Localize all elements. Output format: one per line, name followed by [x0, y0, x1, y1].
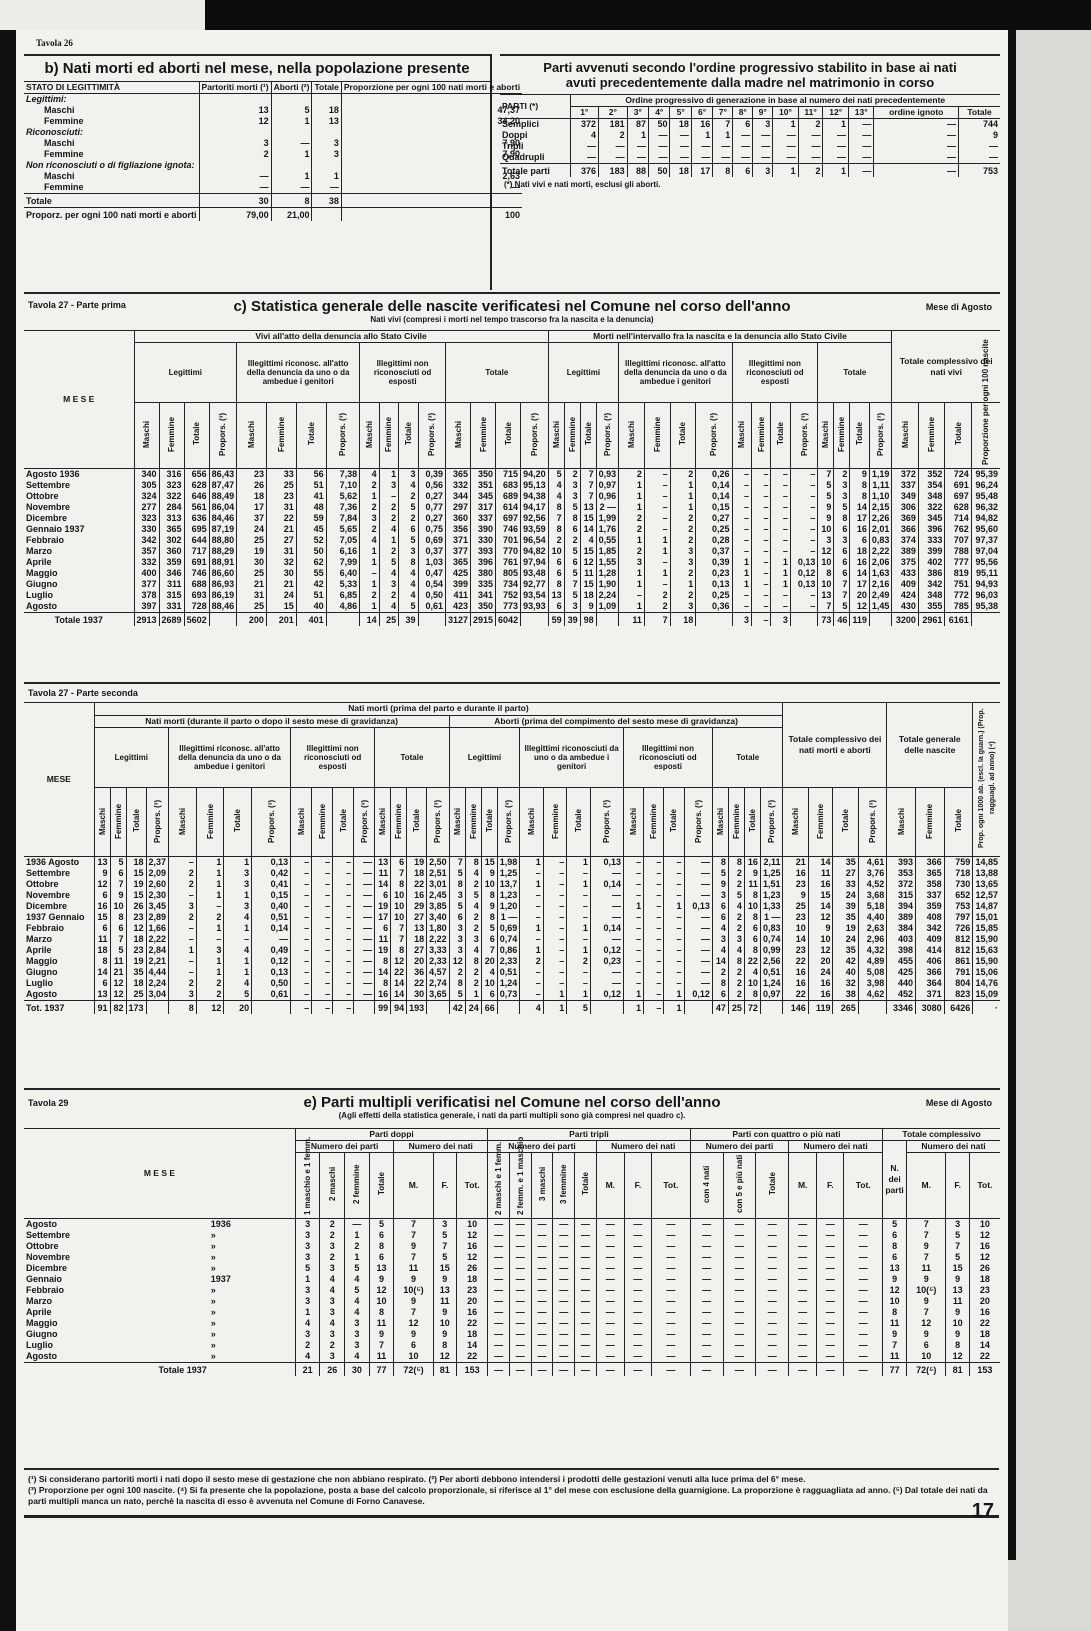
table-row: Ottobre32432264688,491823415,621–20,2734… [24, 491, 1000, 502]
cell: 8 [744, 912, 760, 923]
cell: 13 [369, 1263, 394, 1274]
col-header: 3 femmine [553, 1153, 575, 1219]
cell: 2 [169, 912, 197, 923]
col-header: Maschi [892, 403, 918, 469]
table-row: Agosto39733172888,462515404,861450,61423… [24, 601, 1000, 613]
col-header: Maschi [360, 403, 379, 469]
cell: 0,14 [696, 491, 732, 502]
cell: 3 [564, 601, 580, 613]
cell [590, 1001, 623, 1015]
year-label: » [209, 1296, 296, 1307]
cell: 18 [126, 978, 146, 989]
cell: 5 [834, 502, 850, 513]
cell: 12 [369, 1285, 394, 1296]
cell: 9 [808, 923, 833, 934]
cell: 1 [520, 879, 544, 890]
cell [596, 613, 619, 627]
col-header: Totale [399, 403, 418, 469]
cell: 4 [295, 1351, 320, 1363]
parti-col-header: 4° [649, 107, 670, 119]
col-header-label: Maschi [551, 403, 562, 465]
col-header: 2 maschi [320, 1153, 345, 1219]
cell: 6 [394, 1340, 433, 1351]
cell: 0,13 [684, 901, 712, 912]
mese-header: M E S E [24, 331, 134, 469]
cell: — [823, 141, 848, 152]
cell: 22 [457, 1318, 488, 1329]
cell: 0,56 [418, 480, 445, 491]
cell: 0,13 [790, 557, 817, 568]
cell: – [520, 890, 544, 901]
cell: – [543, 978, 567, 989]
cell: – [624, 978, 644, 989]
cell: 94,17 [521, 502, 549, 513]
cell: 3,33 [427, 945, 450, 956]
col-header: M. [789, 1153, 817, 1219]
cell: 29 [407, 901, 427, 912]
cell: 11 [808, 868, 833, 879]
cell [341, 94, 522, 106]
cell: 8 [850, 480, 870, 491]
col-header: Femmine [471, 403, 496, 469]
table-e-title: e) Parti multipli verificatisi nel Comun… [24, 1090, 1000, 1111]
col-header: Totale [944, 788, 973, 857]
col-header-label: Propors. (³) [503, 790, 514, 852]
cell: 6 [564, 557, 580, 568]
cell: 2,33 [497, 956, 520, 967]
cell: 9 [369, 1329, 394, 1340]
cell: — [684, 857, 712, 869]
cell: 15 [266, 601, 296, 613]
row-label: Maschi [24, 138, 199, 149]
cell: 8 [465, 857, 481, 869]
col-header-label: Maschi [452, 790, 463, 852]
cell: 1 — [760, 912, 783, 923]
cell: 302 [159, 535, 184, 546]
cell: 752 [496, 590, 521, 601]
cell: 1 [627, 130, 648, 141]
cell: 13,65 [973, 879, 1000, 890]
cell: 51 [296, 480, 326, 491]
cell: 1 [196, 868, 224, 879]
cell: — [670, 152, 691, 164]
table-row: Agosto 193634031665686,432333567,384130,… [24, 469, 1000, 481]
col-header-label: 2 maschi e 1 femm. [493, 1153, 504, 1215]
cell: 10 [808, 934, 833, 945]
cell: 21 [783, 857, 808, 869]
col-header-label: Maschi [377, 790, 388, 852]
cell: 15,06 [973, 967, 1000, 978]
cell: 9 [744, 868, 760, 879]
cell: 4 [580, 535, 596, 546]
cell: – [732, 601, 751, 613]
cell: — [817, 1230, 844, 1241]
cell: 42 [833, 956, 858, 967]
group-header: Parti doppi [295, 1129, 487, 1141]
cell: 2,37 [146, 857, 169, 869]
cell: 10 [369, 1296, 394, 1307]
cell: — [531, 1219, 553, 1231]
cell: 770 [496, 546, 521, 557]
cell [858, 1001, 887, 1015]
cell: 1 [619, 480, 645, 491]
table-row: Marzo35736071788,291931506,161230,373773… [24, 546, 1000, 557]
col-header: Femmine [834, 403, 850, 469]
cell: 12 [196, 1001, 224, 1015]
cell: — [789, 1241, 817, 1252]
col-header-label: Totale [953, 790, 964, 852]
cell: 181 [599, 119, 628, 131]
parti-col-header: 10° [773, 107, 798, 119]
cell: 3,04 [146, 989, 169, 1001]
cell: — [670, 130, 691, 141]
cell: 628 [184, 480, 209, 491]
cell: 12 [580, 557, 596, 568]
cell: 4 [345, 1307, 370, 1318]
cell: 14 [850, 568, 870, 579]
month-label: Luglio [24, 1340, 209, 1351]
cell [341, 194, 522, 208]
month-label: Febbraio [24, 535, 134, 546]
cell: 4 [728, 945, 744, 956]
cell: – [751, 535, 770, 546]
cell: 96,54 [521, 535, 549, 546]
cell: 35 [126, 967, 146, 978]
col-header: Femmine [918, 403, 944, 469]
cell: 1 [379, 535, 398, 546]
cell: 5 [399, 601, 418, 613]
col-header: Propors. (³) [326, 403, 360, 469]
cell: 48 [296, 502, 326, 513]
cell: 695 [184, 524, 209, 535]
cell: 8 [712, 978, 728, 989]
cell: – [644, 868, 664, 879]
cell: 5 [481, 923, 497, 934]
cell: 1,33 [760, 901, 783, 912]
cell: – [664, 978, 684, 989]
cell: – [644, 480, 670, 491]
cell: 5 [465, 890, 481, 901]
cell: 22 [266, 513, 296, 524]
cell: – [644, 956, 664, 967]
cell: 0,13 [790, 579, 817, 590]
cell: 23 [969, 1285, 1000, 1296]
cell: 761 [496, 557, 521, 568]
cell: — [756, 1219, 789, 1231]
cell: — [817, 1296, 844, 1307]
cell: — [789, 1340, 817, 1351]
cell: 2 [619, 513, 645, 524]
cell: 8 [713, 164, 733, 178]
cell: 350 [471, 601, 496, 613]
cell: 41 [296, 491, 326, 502]
row-label: Semplici [500, 119, 570, 131]
table-row: Tripli——————————————— [500, 141, 1000, 152]
cell: 30 [266, 568, 296, 579]
cell: — [649, 152, 670, 164]
cell: 62 [296, 557, 326, 568]
row-label: Femmine [24, 116, 199, 127]
cell: 0,83 [869, 535, 892, 546]
cell: — [817, 1274, 844, 1285]
year-label: » [209, 1230, 296, 1241]
prop-1000-label: Prop. ogni 1000 ab. (escl. la guarn.) (P… [976, 703, 998, 853]
cell: 1 [196, 956, 224, 967]
cell: — [575, 1263, 597, 1274]
cell: 1 [295, 1274, 320, 1285]
cell: 10 [481, 879, 497, 890]
cell: 2 [199, 149, 271, 160]
cell: 3 [449, 934, 465, 945]
col-header-label: Maschi [364, 403, 375, 465]
table-b-title: b) Nati morti ed aborti nel mese, nella … [24, 56, 490, 82]
cell: – [644, 890, 664, 901]
cell: 12,57 [973, 890, 1000, 901]
table-row: Agosto193632—57310——————————————57310 [24, 1219, 1000, 1231]
cell: 2 [798, 119, 823, 131]
subgroup-header: Illegittimi non riconosciuti od esposti [291, 728, 375, 788]
cell: 730 [944, 879, 973, 890]
cell [312, 208, 341, 222]
table-row: Giugno1421354,44–110,13–––—1422364,57224… [24, 967, 1000, 978]
col-header-label: Femmine [166, 403, 177, 465]
cell: 7 [907, 1219, 946, 1231]
month-label: Maggio [24, 1318, 209, 1329]
cell: 3,85 [427, 901, 450, 912]
col-header: Proporzione per ogni 100 nascite [971, 403, 1000, 469]
col-header: Tot. [457, 1153, 488, 1219]
cell: 2 [465, 923, 481, 934]
cell: — [596, 1241, 624, 1252]
cell: 3 [320, 1241, 345, 1252]
cell: — [575, 1351, 597, 1363]
cell: – [291, 934, 312, 945]
cell: — [684, 912, 712, 923]
cell: 2 [379, 590, 398, 601]
cell: 773 [496, 601, 521, 613]
cell: 16 [457, 1241, 488, 1252]
cell: · [973, 1001, 1000, 1015]
parti-col-header: 7° [713, 107, 733, 119]
cell: – [644, 1001, 664, 1015]
cell: 3 [224, 879, 252, 890]
cell: 386 [918, 568, 944, 579]
cell: – [333, 923, 354, 934]
cell: 0,13 [696, 579, 732, 590]
cell [760, 1001, 783, 1015]
cell: 94,93 [971, 579, 1000, 590]
cell: 23 [783, 912, 808, 923]
cell: — [531, 1296, 553, 1307]
col-header: Femmine [196, 788, 224, 857]
cell: – [333, 989, 354, 1001]
cell: — [723, 1296, 756, 1307]
col-header: Maschi [712, 788, 728, 857]
cell: 0,54 [418, 579, 445, 590]
cell: 2 [520, 956, 544, 967]
cell: 21 [237, 579, 267, 590]
cell: 812 [944, 934, 973, 945]
cell: 25 [237, 601, 267, 613]
cell: 1 [196, 879, 224, 890]
cell: 2 [567, 956, 591, 967]
table-b-col-header: Totale [312, 82, 341, 94]
cell: 81 [946, 1363, 969, 1377]
cell: 374 [892, 535, 918, 546]
cell: 751 [945, 579, 971, 590]
cell: — [531, 1252, 553, 1263]
cell: 7 [391, 923, 407, 934]
cell: – [624, 956, 644, 967]
cell: 6,85 [326, 590, 360, 601]
cell: 366 [915, 967, 944, 978]
cell: 0,77 [418, 502, 445, 513]
cell: 9 [394, 1296, 433, 1307]
cell: 22 [783, 956, 808, 967]
cell: 2,60 [146, 879, 169, 890]
cell [696, 613, 732, 627]
cell: 59 [296, 513, 326, 524]
cell: 656 [184, 469, 209, 481]
table-row: Febbraio34230264488,802527527,054150,693… [24, 535, 1000, 546]
col-header-label: Femmine [924, 790, 935, 852]
cell: – [644, 524, 670, 535]
col-header: Maschi [291, 788, 312, 857]
cell: – [169, 956, 197, 967]
cell: 12 [449, 956, 465, 967]
col-header-label: Propors. (³) [432, 790, 443, 852]
col-header: Maschi [619, 403, 645, 469]
cell: 0,73 [497, 989, 520, 1001]
cell: — [789, 1296, 817, 1307]
cell: 5 [449, 901, 465, 912]
col-header: Totale [369, 1153, 394, 1219]
cell: 15 [580, 546, 596, 557]
cell: — [531, 1285, 553, 1296]
cell: 1 [360, 601, 379, 613]
cell: — [354, 934, 375, 945]
cell: 5 [883, 1219, 907, 1231]
cell: 10 [391, 901, 407, 912]
cell: — [590, 978, 623, 989]
cell: 2,63 [858, 923, 887, 934]
cell: 344 [445, 491, 470, 502]
row-label: Totale [24, 194, 199, 208]
cell: – [567, 901, 591, 912]
month-label: Tot. 1937 [24, 1001, 94, 1015]
table-row: Maschi3—37,90 [24, 138, 522, 149]
cell: 2 [465, 912, 481, 923]
cell: 384 [887, 923, 916, 934]
cell: 30 [345, 1363, 370, 1377]
cell: — [312, 182, 341, 194]
parti-header: PARTI (*) [500, 95, 570, 119]
cell: 1,25 [760, 868, 783, 879]
cell: 15 [580, 579, 596, 590]
cell: 0,27 [696, 513, 732, 524]
cell: 11 [883, 1318, 907, 1329]
cell: — [624, 1263, 651, 1274]
cell: 409 [915, 934, 944, 945]
aborti-header: Aborti (prima del compimento del sesto m… [449, 715, 783, 728]
cell: 3 [320, 1329, 345, 1340]
cell: 0,61 [252, 989, 291, 1001]
cell: 39 [564, 613, 580, 627]
cell: 7 [644, 613, 670, 627]
cell: 3 [834, 491, 850, 502]
cell: – [790, 469, 817, 481]
cell: 15 [433, 1263, 456, 1274]
cell: 26 [457, 1263, 488, 1274]
cell: — [596, 1274, 624, 1285]
col-header-label: Femmine [478, 403, 489, 465]
cell: 4 [399, 590, 418, 601]
cell: — [553, 1351, 575, 1363]
cell: 1 [360, 579, 379, 590]
cell: 0,25 [696, 524, 732, 535]
cell: 12 [394, 1318, 433, 1329]
cell: 7,84 [326, 513, 360, 524]
cell: 8 [375, 978, 391, 989]
cell: 2 [196, 978, 224, 989]
cell: 9 [959, 130, 1000, 141]
cell: 87 [627, 119, 648, 131]
cell: 7 [433, 1241, 456, 1252]
cell: – [567, 934, 591, 945]
table-row: Semplici37218187501816763121——744 [500, 119, 1000, 131]
cell: 16 [808, 879, 833, 890]
col-header: Propors. (³) [590, 788, 623, 857]
cell: 93,54 [521, 590, 549, 601]
cell [971, 613, 1000, 627]
cell: 305 [134, 480, 159, 491]
cell: 6042 [496, 613, 521, 627]
cell: — [723, 1263, 756, 1274]
cell: 342 [134, 535, 159, 546]
col-header-label: Propors. (³) [152, 790, 163, 852]
cell: 1 [670, 480, 696, 491]
cell: 1,20 [497, 901, 520, 912]
cell: 93,48 [521, 568, 549, 579]
cell: 1 [619, 535, 645, 546]
cell: 378 [134, 590, 159, 601]
month-label: Novembre [24, 890, 94, 901]
cell: 18 [126, 857, 146, 869]
cell: 350 [471, 469, 496, 481]
cell: — [509, 1263, 531, 1274]
cell: 8 [712, 857, 728, 869]
cell: – [751, 491, 770, 502]
cell: 3 [564, 491, 580, 502]
cell: 408 [915, 912, 944, 923]
cell: — [817, 1263, 844, 1274]
cell: 31 [237, 590, 267, 601]
cell [146, 1001, 169, 1015]
cell: 414 [915, 945, 944, 956]
cell: 3 [670, 546, 696, 557]
cell: 94 [391, 1001, 407, 1015]
cell: – [291, 890, 312, 901]
cell: 1 [196, 890, 224, 901]
cell: 791 [944, 967, 973, 978]
cell: 2,15 [869, 502, 892, 513]
cell: 11 [369, 1318, 394, 1329]
cell: 4 [570, 130, 599, 141]
cell: 15 [946, 1263, 969, 1274]
cell: 389 [887, 912, 916, 923]
cell: 1 [664, 1001, 684, 1015]
cell: – [520, 978, 544, 989]
